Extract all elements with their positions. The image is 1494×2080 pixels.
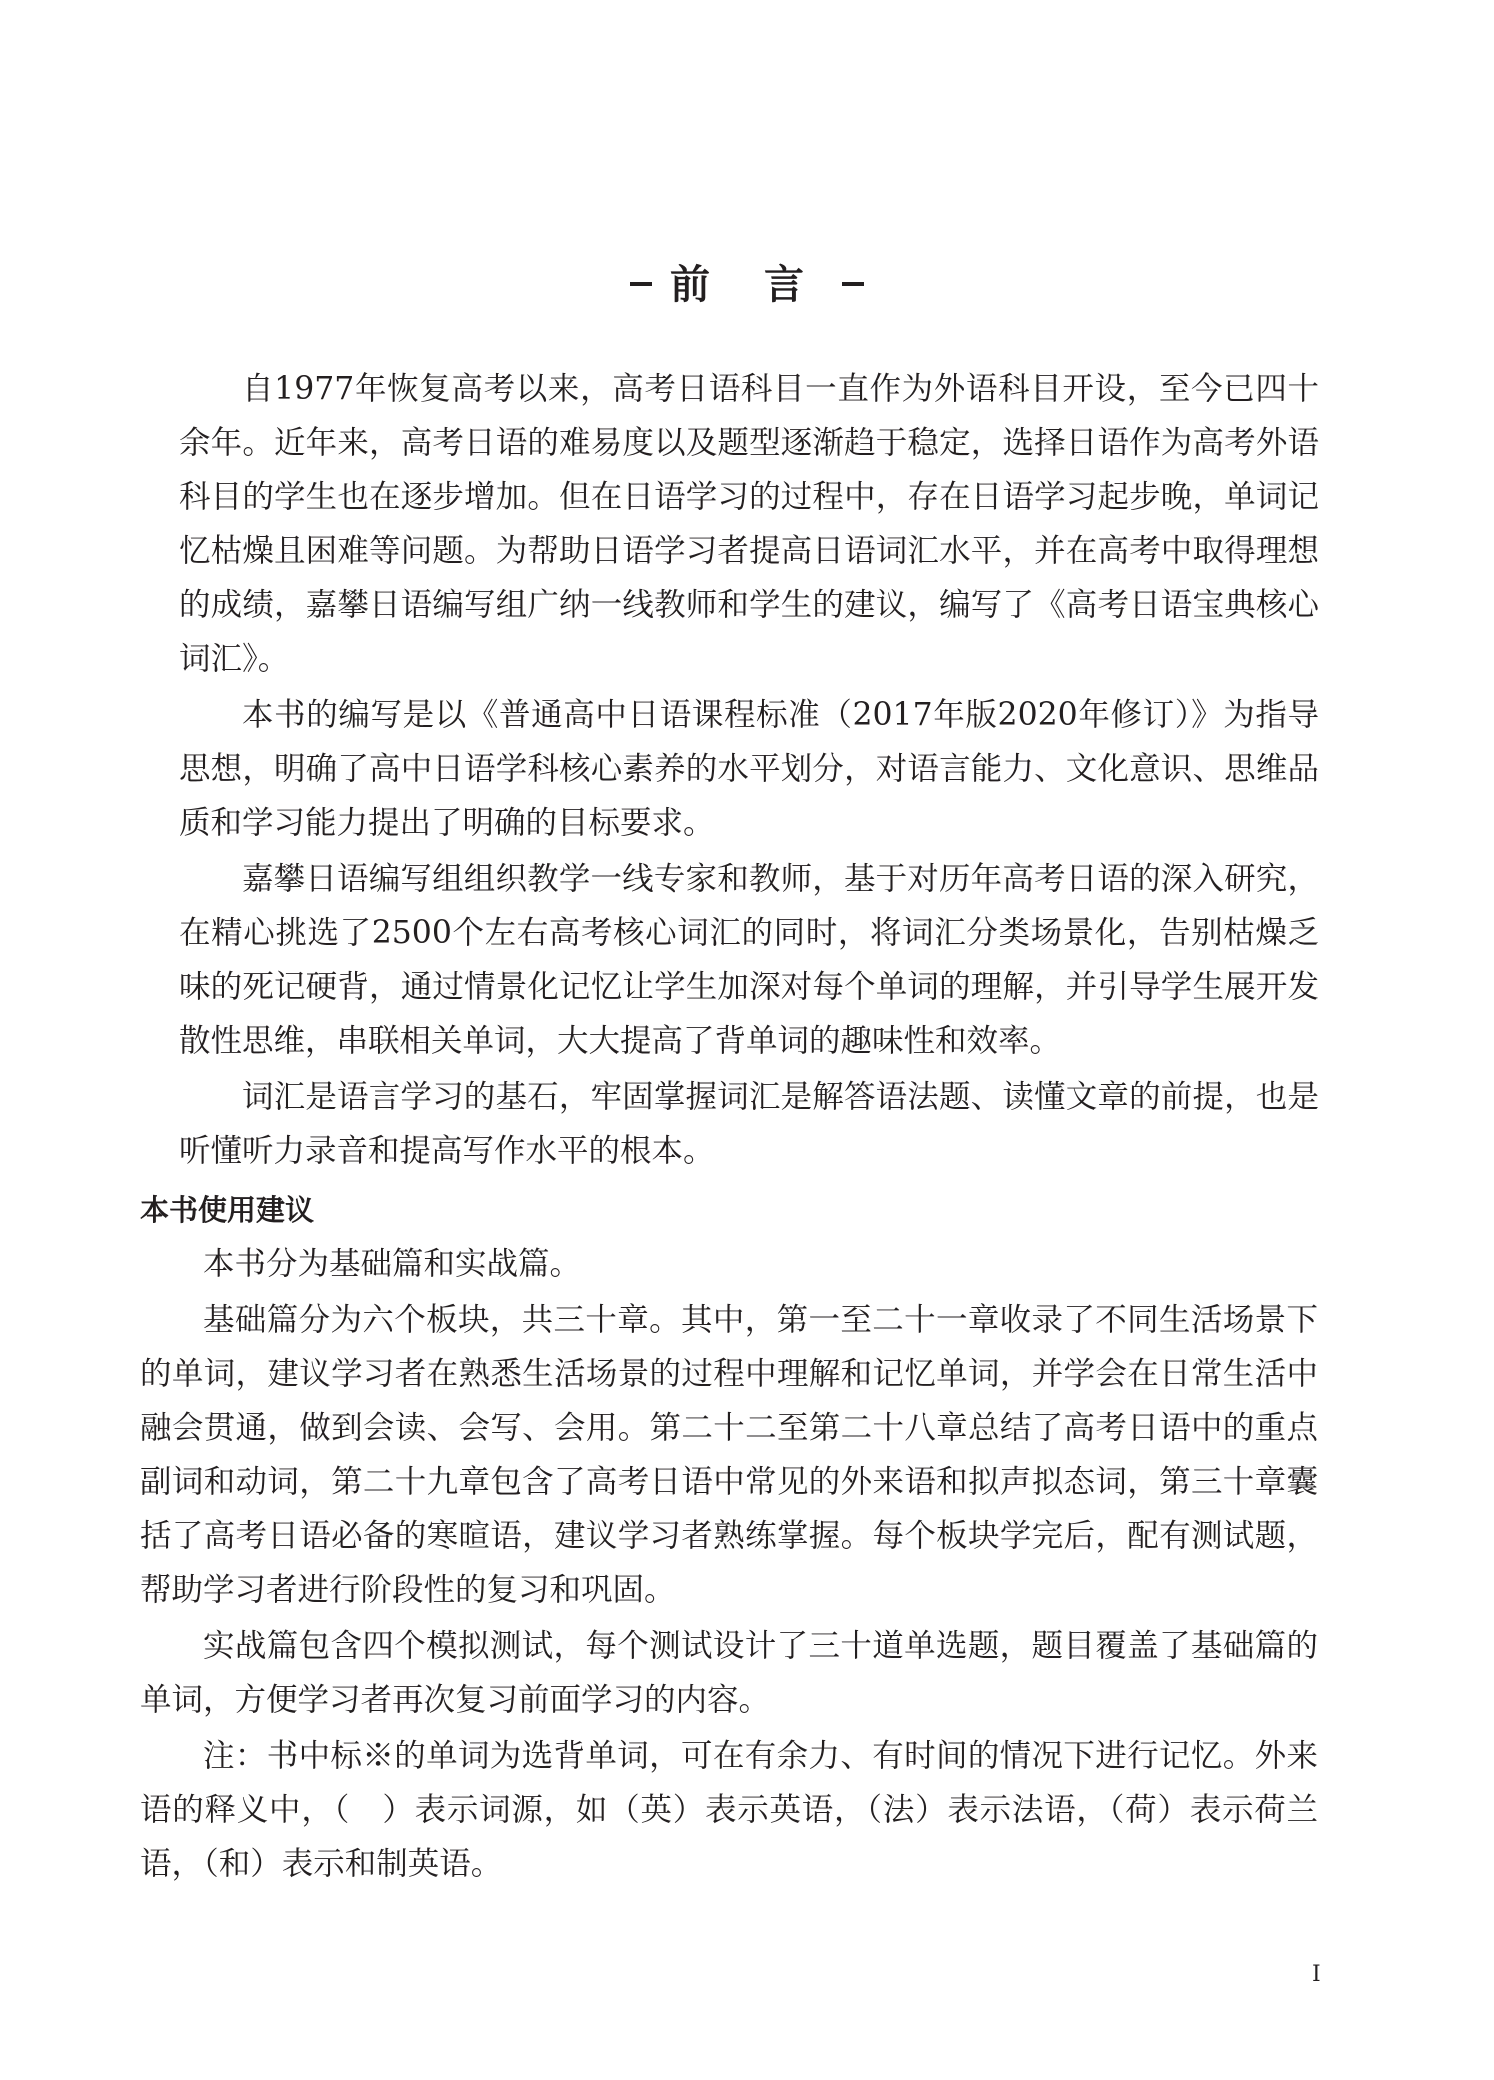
usage-paragraph-1: 本书分为基础篇和实战篇。: [140, 1237, 1318, 1291]
usage-paragraph-4: 注：书中标※的单词为选背单词，可在有余力、有时间的情况下进行记忆。外来语的释义中…: [140, 1729, 1318, 1891]
page-title: 前 言: [0, 255, 1494, 315]
intro-paragraph-4: 词汇是语言学习的基石，牢固掌握词汇是解答语法题、读懂文章的前提，也是听懂听力录音…: [179, 1070, 1319, 1178]
intro-paragraph-1: 自1977年恢复高考以来，高考日语科目一直作为外语科目开设，至今已四十余年。近年…: [179, 362, 1319, 686]
title-right-dash: [842, 282, 864, 286]
preface-intro: 自1977年恢复高考以来，高考日语科目一直作为外语科目开设，至今已四十余年。近年…: [179, 362, 1319, 1180]
intro-paragraph-2: 本书的编写是以《普通高中日语课程标准（2017年版2020年修订）》为指导思想，…: [179, 688, 1319, 850]
usage-section-heading: 本书使用建议: [140, 1183, 314, 1237]
usage-paragraph-3: 实战篇包含四个模拟测试，每个测试设计了三十道单选题，题目覆盖了基础篇的单词，方便…: [140, 1619, 1318, 1727]
intro-paragraph-3: 嘉攀日语编写组组织教学一线专家和教师，基于对历年高考日语的深入研究，在精心挑选了…: [179, 852, 1319, 1068]
usage-section-body: 本书分为基础篇和实战篇。 基础篇分为六个板块，共三十章。其中，第一至二十一章收录…: [140, 1237, 1318, 1893]
usage-paragraph-2: 基础篇分为六个板块，共三十章。其中，第一至二十一章收录了不同生活场景下的单词，建…: [140, 1293, 1318, 1617]
document-page: 前 言 自1977年恢复高考以来，高考日语科目一直作为外语科目开设，至今已四十余…: [0, 0, 1494, 2080]
title-left-dash: [630, 282, 652, 286]
title-text: 前 言: [670, 261, 824, 308]
page-number: I: [1312, 1962, 1321, 1988]
